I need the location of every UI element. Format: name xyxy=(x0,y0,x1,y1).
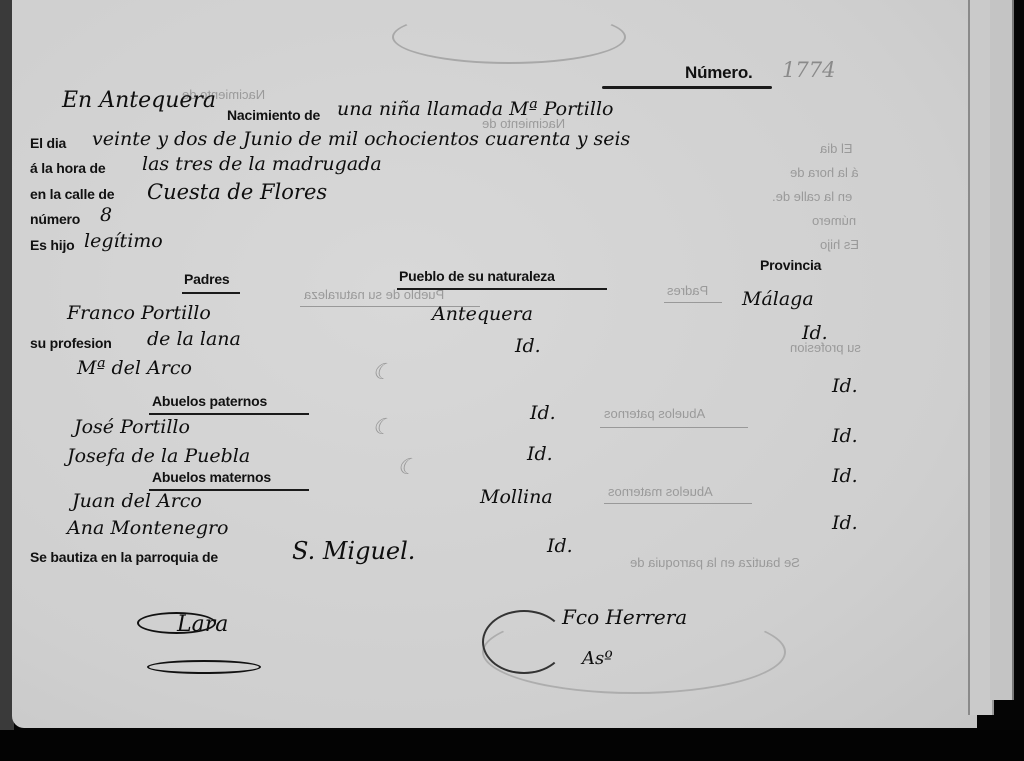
padre-provincia: Málaga xyxy=(742,288,814,310)
ghost-rule xyxy=(600,427,748,428)
abuelos-paternos-label: Abuelos paternos xyxy=(152,393,267,409)
es-hijo-value: legítimo xyxy=(84,230,163,252)
ghost-flourish xyxy=(392,10,626,64)
pueblo-rule xyxy=(397,288,607,290)
madre-provincia: Id. xyxy=(802,322,828,344)
margin-note: En Antequera xyxy=(62,88,216,113)
calle-value: Cuesta de Flores xyxy=(147,180,327,204)
el-dia-label: El dia xyxy=(30,135,66,151)
profesion-value: de la lana xyxy=(147,328,241,350)
ghost-id-mark: ☾ xyxy=(372,415,392,440)
madre-pueblo: Id. xyxy=(515,335,541,357)
el-dia-value: veinte y dos de Junio de mil ochocientos… xyxy=(92,128,630,150)
page-edge-strip xyxy=(990,0,1014,700)
hora-value: las tres de la madrugada xyxy=(142,153,382,175)
signature-left-flourish xyxy=(137,612,216,634)
ghost-parroquia: Se bautiza en la parroquia de xyxy=(630,555,800,570)
padre-name: Franco Portillo xyxy=(67,302,211,324)
abuelos-paternos-rule xyxy=(149,413,309,415)
padres-rule xyxy=(182,292,240,294)
nacimiento-label: Nacimiento de xyxy=(227,107,320,123)
ghost-numero: número xyxy=(812,213,856,228)
ghost-hora: á la hora de xyxy=(790,165,859,180)
ghost-el-dia: El dia xyxy=(820,141,853,156)
abuelo-paterno-provincia: Id. xyxy=(832,375,858,397)
profesion-label: su profesion xyxy=(30,335,112,351)
ghost-rule xyxy=(604,503,752,504)
provincia-header: Provincia xyxy=(760,257,821,273)
abuelo-materno-provincia: Id. xyxy=(832,465,858,487)
padre-pueblo: Antequera xyxy=(432,303,533,325)
ghost-id-mark: ☾ xyxy=(397,455,417,480)
ghost-id-mark: ☾ xyxy=(372,360,392,385)
numero-calle-label: número xyxy=(30,211,80,227)
ghost-calle: en la calle de. xyxy=(772,189,852,204)
signature-right: Fco Herrera xyxy=(562,605,687,629)
numero-value: 1774 xyxy=(782,58,835,82)
ghost-padres: Padres xyxy=(667,283,708,298)
numero-calle-value: 8 xyxy=(100,204,112,226)
hora-label: á la hora de xyxy=(30,160,105,176)
madre-name: Mª del Arco xyxy=(77,357,192,379)
abuelo-paterno-pueblo: Id. xyxy=(530,402,556,424)
abuela-paterna-name: Josefa de la Puebla xyxy=(67,445,250,467)
es-hijo-label: Es hijo xyxy=(30,237,75,253)
scan-border xyxy=(0,730,1024,761)
ghost-abuelos-paternos: Abuelos paternos xyxy=(604,406,705,421)
ghost-rule xyxy=(664,302,722,303)
abuela-materna-pueblo: Id. xyxy=(547,535,573,557)
parroquia-label: Se bautiza en la parroquia de xyxy=(30,549,218,565)
ghost-es-hijo: Es hijo xyxy=(820,237,859,252)
parroquia-value: S. Miguel. xyxy=(292,537,415,565)
numero-flourish xyxy=(602,86,772,89)
ghost-abuelos-maternos: Abuelos maternos xyxy=(608,484,713,499)
abuela-paterna-provincia: Id. xyxy=(832,425,858,447)
numero-label: Número. xyxy=(685,63,753,83)
nacimiento-value: una niña llamada Mª Portillo xyxy=(337,98,613,120)
abuelo-materno-pueblo: Mollina xyxy=(480,486,553,508)
padres-header: Padres xyxy=(184,271,230,287)
abuelo-paterno-name: José Portillo xyxy=(74,416,190,438)
abuelos-maternos-label: Abuelos maternos xyxy=(152,469,271,485)
pueblo-header: Pueblo de su naturaleza xyxy=(399,268,555,284)
signature-left-flourish xyxy=(147,660,261,674)
abuelo-materno-name: Juan del Arco xyxy=(72,490,202,512)
calle-label: en la calle de xyxy=(30,186,114,202)
signature-right-sub: Asº xyxy=(582,648,613,669)
abuela-materna-provincia: Id. xyxy=(832,512,858,534)
abuela-materna-name: Ana Montenegro xyxy=(67,517,229,539)
document-page: Nacimiento de Nacimiento de El dia á la … xyxy=(12,0,977,728)
abuela-paterna-pueblo: Id. xyxy=(527,443,553,465)
signature-right-flourish xyxy=(482,610,566,674)
